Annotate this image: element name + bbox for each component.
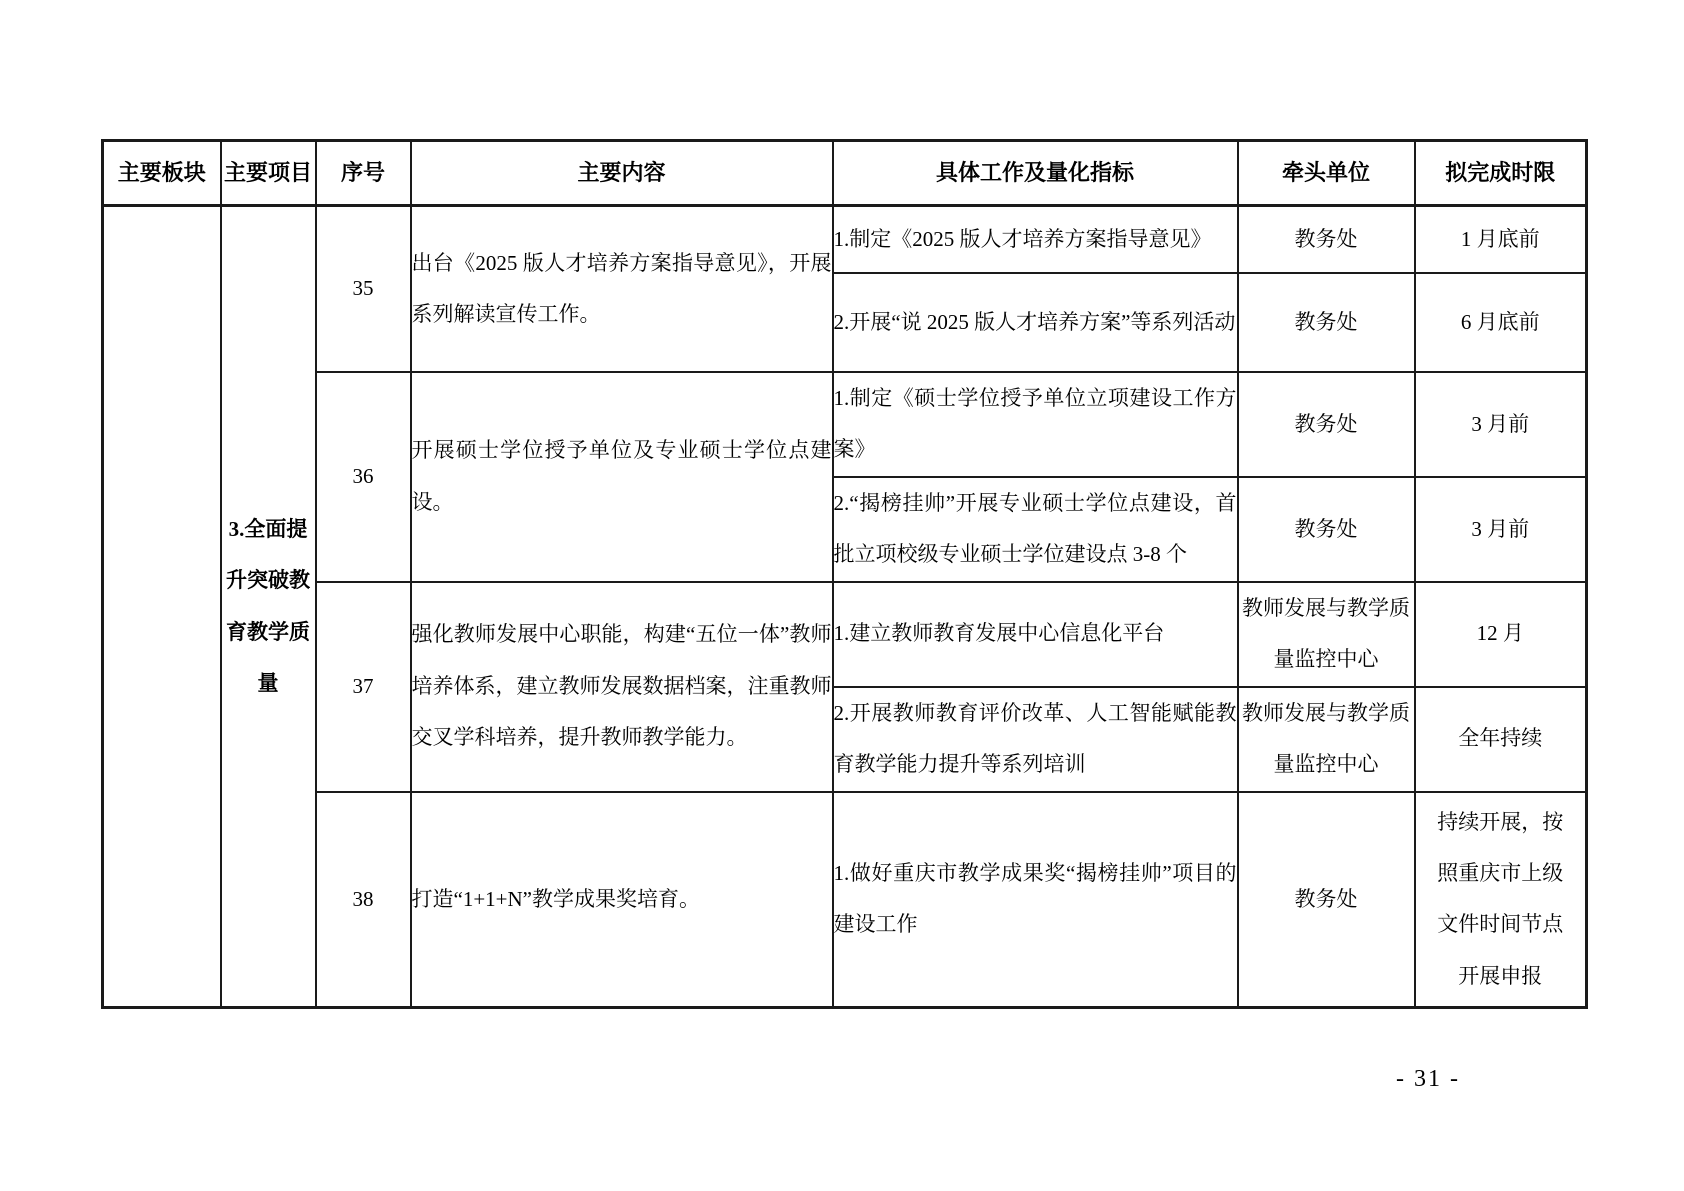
- cell-deadline-38-1: 持续开展，按照重庆市上级文件时间节点开展申报: [1415, 792, 1587, 1008]
- table-row: 36 开展硕士学位授予单位及专业硕士学位点建设。 1.制定《硕士学位授予单位立项…: [103, 372, 1587, 477]
- cell-seq-36: 36: [316, 372, 411, 582]
- cell-unit-35-1: 教务处: [1238, 206, 1415, 274]
- cell-work-36-2: 2.“揭榜挂帅”开展专业硕士学位点建设，首批立项校级专业硕士学位建设点 3-8 …: [833, 477, 1238, 582]
- cell-work-38-1: 1.做好重庆市教学成果奖“揭榜挂帅”项目的建设工作: [833, 792, 1238, 1008]
- cell-deadline-36-1: 3 月前: [1415, 372, 1587, 477]
- page-number: - 31 -: [1378, 1066, 1478, 1093]
- cell-work-36-1: 1.制定《硕士学位授予单位立项建设工作方案》: [833, 372, 1238, 477]
- cell-deadline-35-1: 1 月底前: [1415, 206, 1587, 274]
- table-row: 38 打造“1+1+N”教学成果奖培育。 1.做好重庆市教学成果奖“揭榜挂帅”项…: [103, 792, 1587, 1008]
- col-header-main-block: 主要板块: [103, 141, 221, 206]
- cell-seq-37: 37: [316, 582, 411, 792]
- cell-unit-37-1: 教师发展与教学质量监控中心: [1238, 582, 1415, 687]
- col-header-work-indicators: 具体工作及量化指标: [833, 141, 1238, 206]
- cell-work-37-1: 1.建立教师教育发展中心信息化平台: [833, 582, 1238, 687]
- cell-deadline-36-2: 3 月前: [1415, 477, 1587, 582]
- table-row: 3.全面提升突破教育教学质量 35 出台《2025 版人才培养方案指导意见》，开…: [103, 206, 1587, 274]
- cell-deadline-37-1: 12 月: [1415, 582, 1587, 687]
- cell-unit-36-2: 教务处: [1238, 477, 1415, 582]
- cell-unit-38-1: 教务处: [1238, 792, 1415, 1008]
- cell-deadline-35-2: 6 月底前: [1415, 273, 1587, 372]
- cell-seq-38: 38: [316, 792, 411, 1008]
- cell-work-35-1: 1.制定《2025 版人才培养方案指导意见》: [833, 206, 1238, 274]
- table-header-row: 主要板块 主要项目 序号 主要内容 具体工作及量化指标 牵头单位 拟完成时限: [103, 141, 1587, 206]
- col-header-main-project: 主要项目: [221, 141, 316, 206]
- cell-main-block: [103, 206, 221, 1008]
- cell-content-38: 打造“1+1+N”教学成果奖培育。: [411, 792, 833, 1008]
- cell-content-35: 出台《2025 版人才培养方案指导意见》，开展系列解读宣传工作。: [411, 206, 833, 373]
- cell-unit-37-2: 教师发展与教学质量监控中心: [1238, 687, 1415, 792]
- cell-work-35-2: 2.开展“说 2025 版人才培养方案”等系列活动: [833, 273, 1238, 372]
- col-header-lead-unit: 牵头单位: [1238, 141, 1415, 206]
- col-header-deadline: 拟完成时限: [1415, 141, 1587, 206]
- cell-seq-35: 35: [316, 206, 411, 373]
- cell-deadline-37-2: 全年持续: [1415, 687, 1587, 792]
- col-header-seq: 序号: [316, 141, 411, 206]
- cell-unit-36-1: 教务处: [1238, 372, 1415, 477]
- cell-content-37: 强化教师发展中心职能，构建“五位一体”教师培养体系，建立教师发展数据档案，注重教…: [411, 582, 833, 792]
- table-row: 37 强化教师发展中心职能，构建“五位一体”教师培养体系，建立教师发展数据档案，…: [103, 582, 1587, 687]
- cell-unit-35-2: 教务处: [1238, 273, 1415, 372]
- work-plan-table: 主要板块 主要项目 序号 主要内容 具体工作及量化指标 牵头单位 拟完成时限 3…: [101, 139, 1588, 1009]
- col-header-main-content: 主要内容: [411, 141, 833, 206]
- cell-main-project: 3.全面提升突破教育教学质量: [221, 206, 316, 1008]
- document-page: 主要板块 主要项目 序号 主要内容 具体工作及量化指标 牵头单位 拟完成时限 3…: [0, 0, 1684, 1191]
- cell-content-36: 开展硕士学位授予单位及专业硕士学位点建设。: [411, 372, 833, 582]
- cell-work-37-2: 2.开展教师教育评价改革、人工智能赋能教育教学能力提升等系列培训: [833, 687, 1238, 792]
